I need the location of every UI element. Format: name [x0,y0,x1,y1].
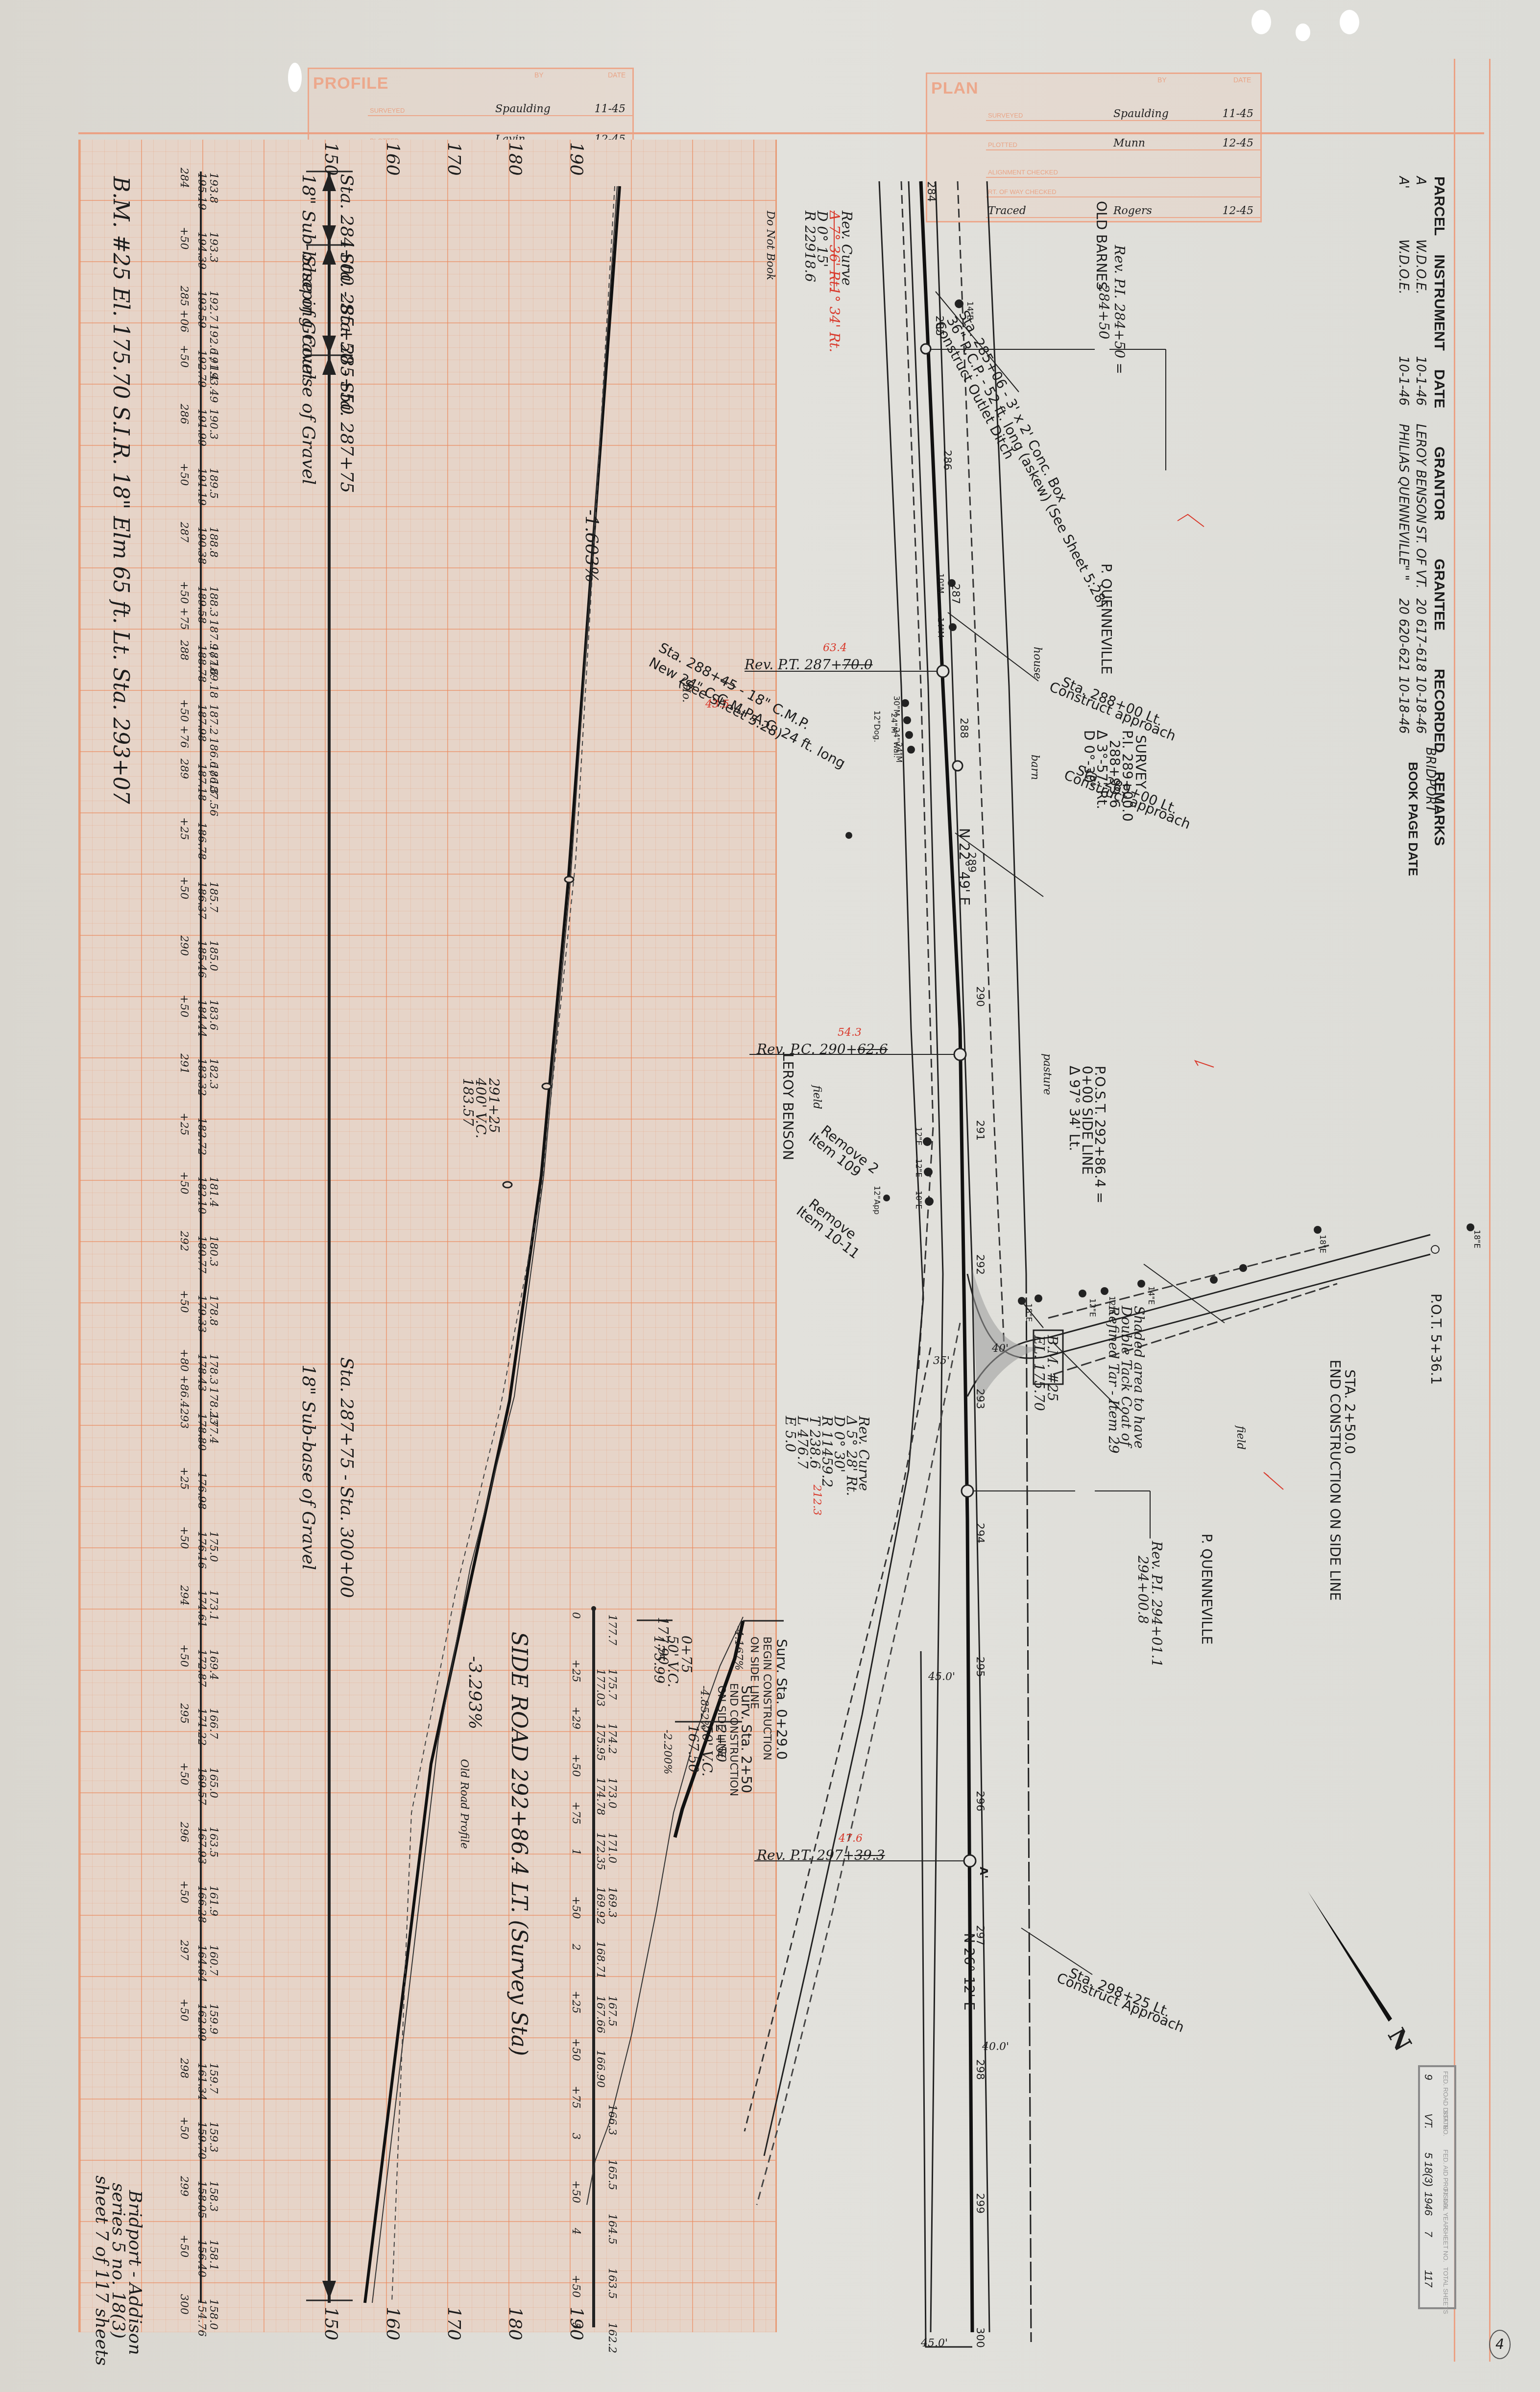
grade-elev: 176.16 [195,1531,208,1569]
tree-label: 14"E [1147,1286,1156,1305]
ground-elev: 183.6 [207,1000,219,1030]
elev-scale-label: 160 [383,2307,403,2341]
side-road-vc2: 167.50 [685,1725,701,1773]
grade-elev: 192.79 [195,350,208,388]
tree-label: 12"E [1088,1298,1097,1317]
parcel-table: PARCEL INSTRUMENT DATE GRANTOR GRANTEE R… [1431,176,1447,846]
ground-elev: 178.3 [207,1354,219,1385]
side-road-grade: -4.852% [698,1685,710,1730]
station-tick: 287 [949,584,962,604]
side-station: +50 [570,2038,582,2061]
tree-label: 18"E [1472,1230,1482,1248]
grade-elev: 172.87 [195,1649,208,1687]
side-road-vc1: 175.99 [651,1635,667,1684]
station-number: +50 [178,345,190,367]
station-number: +50 [178,1999,190,2021]
grade-elev: 166.28 [195,1885,208,1923]
ground-elev: 178.8 [207,1295,219,1326]
grade-elev: 156.40 [195,2240,208,2277]
linework [0,0,1540,2392]
side-ground: 165.5 [606,2159,618,2190]
rev-curve-1-r: R 22918.6 [802,211,818,282]
station-tick: 288 [958,718,970,738]
owner-label: P. QUENNEVILLE [1199,1534,1215,1644]
vc-elev: 183.57 [460,1078,476,1126]
ground-elev: 188.8 [207,527,219,558]
grade-elev: 190.38 [195,527,208,564]
post-note: Δ 97° 34' Lt. [1066,1066,1083,1151]
station-number: 285 +06 [178,286,190,332]
ground-elev: 182.3 [207,1058,219,1089]
side-ground: 173.0 [606,1778,618,1808]
station-number: +50 [178,1762,190,1785]
station-tick: 298 [974,2059,986,2080]
elev-scale-label: 170 [444,2307,464,2341]
station-number: 297 [178,1940,190,1960]
side-road-begin-note: BEGIN CONSTRUCTION [761,1636,773,1760]
ground-elev: 163.5 [207,1827,219,1857]
elev-scale-label: 160 [383,142,403,176]
pot-note: P.O.T. 5+36.1 [1428,1294,1444,1385]
station-tick: 297 [974,1925,986,1946]
side-road-end-note: END CONSTRUCTION [727,1683,740,1796]
station-number: +50 [178,227,190,249]
land-use-label: pasture [1041,1053,1053,1095]
side-road-grade: -4.167% [732,1626,745,1670]
station-number: +50 [178,877,190,899]
station-number: +50 [178,2117,190,2139]
drawing-sheet: PROFILE BY DATE SURVEYEDSpaulding11-45 P… [0,0,1540,2392]
station-tick: 286 [941,450,953,470]
side-station: 0 [570,1612,582,1619]
side-station: 2 [570,1944,582,1951]
parcel-table-header: PARCEL INSTRUMENT DATE GRANTOR GRANTEE R… [1431,176,1447,846]
station-number: +25 [178,817,190,840]
side-ground: 164.5 [606,2214,618,2245]
side-station: +25 [570,1991,582,2013]
gravel-range: Sta. 285+50 - Sta. 287+75 [337,252,357,493]
tree-label: 24"M [894,742,904,763]
ground-elev: 173.1 [207,1590,219,1621]
page-circle-number: 4 [1489,2330,1511,2359]
station-number: 286 [178,404,190,424]
ground-elev: 158.3 [207,2181,219,2212]
grade-elev: 174.61 [195,1590,208,1628]
station-number: +50 +75 [178,581,190,630]
grade-elev: 191.99 [195,409,208,446]
bench-mark-note: B.M. #25 El. 175.70 S.I.R. 18" Elm 65 ft… [108,176,133,804]
side-grade: 167.66 [594,1996,606,2033]
grade-elev: 180.77 [195,1236,208,1273]
station-tick: 292 [974,1254,986,1275]
side-ground: 171.0 [606,1832,618,1863]
tree-label: 18"E [1318,1235,1327,1253]
station-number: +50 [178,1644,190,1667]
station-number: +50 +76 [178,699,190,748]
grade-elev: 182.10 [195,1176,208,1214]
grade-elev: 171.22 [195,1708,208,1746]
tree-label: 12"E [914,1127,923,1146]
ground-elev: 180.3 [207,1236,219,1267]
ground-elev: 188.3 [207,586,219,617]
rev-pc-290: Rev. P.C. 290+62.6 [757,1041,888,1057]
land-use-label: field [811,1085,823,1109]
recorded-town: BRIDPORT [1423,747,1438,813]
rev-pt-297: Rev. P.T. 297+39.3 [757,1847,885,1863]
side-station: +50 [570,2180,582,2203]
tree-label: 12"E [914,1159,923,1177]
stamp-header: SHEET NO. [1442,2228,1449,2262]
tree-label: 14"M [936,617,945,638]
tree-label: 10"M [936,573,945,594]
grade-elev: 188.78 [195,645,208,683]
side-grade: 168.71 [594,1941,606,1979]
side-ground: 166.3 [606,2104,618,2135]
ground-elev: 165.0 [207,1767,219,1798]
station-number: +50 [178,995,190,1017]
side-ground: 177.7 [606,1614,618,1645]
side-grade: 169.92 [594,1887,606,1925]
parcel-table-row: A W.D.O.E. 10-1-46 LEROY BENSON ST. OF V… [1413,176,1428,734]
grade-elev: 159.70 [195,2122,208,2159]
station-tick: 290 [974,986,986,1007]
grade-elev: 184.44 [195,1000,208,1037]
side-road-title: SIDE ROAD 292+86.4 LT. (Survey Sta) [506,1632,531,2056]
ground-elev: 160.7 [207,1945,219,1976]
ground-elev: 159.7 [207,2063,219,2094]
grade-elev: 185.46 [195,940,208,978]
station-number: +50 [178,1290,190,1313]
rev-pc-290-new: 54.3 [838,1026,862,1039]
grade-elev: 189.58 [195,586,208,624]
station-number: +50 [178,1172,190,1194]
grade-elev: 164.64 [195,1945,208,1982]
ground-elev: 181.4 [207,1176,219,1207]
grade-elev: 182.72 [195,1118,208,1155]
cmp-new: 43.5 [705,698,729,710]
ground-elev: 169.4 [207,1649,219,1680]
ground-elev: 158.0 [207,2299,219,2330]
rev-pi-284: 284+50 [1096,284,1112,340]
station-number: +50 [178,463,190,486]
ground-elev: 159.9 [207,2003,219,2034]
ground-elev: 158.1 [207,2240,219,2270]
station-number: 300 [178,2294,190,2315]
side-station: 3 [570,2133,582,2140]
ground-elev: 192.7 [207,291,219,321]
dimension-label: 40.0' [982,2041,1009,2053]
grade-elev: 195.19 [195,172,208,210]
rev-curve-2-t-new: 212.3 [811,1485,823,1515]
grade-elev: 158.05 [195,2181,208,2219]
station-number: +50 [178,1880,190,1903]
rev-pt-287: Rev. P.T. 287+70.0 [745,657,873,673]
grade-elev: 193.59 [195,291,208,328]
ground-elev: 185.7 [207,881,219,912]
stamp-header: TOTAL SHEETS [1442,2267,1449,2314]
station-number: 294 [178,1585,190,1606]
owner-label: OLD BARNES [1093,201,1109,290]
elev-scale-label: 150 [321,142,341,176]
side-station: +25 [570,1660,582,1682]
side-station: +29 [570,1707,582,1729]
side-ground: 167.5 [606,1996,618,2026]
recorded-sub: BOOK PAGE DATE [1405,762,1420,876]
stamp-value: 117 [1422,2270,1435,2287]
grade-elev: 167.93 [195,1827,208,1864]
side-road-begin-note: Surv. Sta. 0+29.0 [773,1639,790,1760]
grade-elev: 154.76 [195,2299,208,2337]
station-tick: 284 [925,181,937,202]
owner-label: LEROY BENSON [780,1053,796,1160]
stamp-value: VT. [1422,2113,1435,2129]
grade-elev: 179.33 [195,1295,208,1333]
station-tick: 294 [974,1523,986,1543]
station-tick: 293 [974,1389,986,1409]
tree-label: 12"App [872,1186,882,1215]
station-tick: 299 [974,2193,986,2214]
side-grade: 172.35 [594,1832,606,1870]
grade-label: -3.293% [465,1656,485,1729]
ground-elev: 189.5 [207,468,219,499]
stamp-header: STATE [1442,2110,1449,2130]
grade-elev: 183.32 [195,1058,208,1096]
elev-scale-label: 190 [566,142,586,176]
parcel-mark: A' [977,1867,989,1879]
grade-elev: 162.99 [195,2003,208,2041]
grade-elev: 161.34 [195,2063,208,2100]
side-road-begin-note: ON SIDE LINE [748,1636,760,1709]
rev-curve-2: E 5.0 [782,1416,798,1452]
station-tick: 295 [974,1657,986,1677]
station-number: 298 [178,2058,190,2078]
station-number: +25 [178,1113,190,1135]
dimension-label: 40' [992,1342,1009,1355]
side-road-grade: -2.200% [661,1730,674,1774]
gravel-desc: Shaping Course of Gravel [298,255,318,485]
end-side-line: END CONSTRUCTION ON SIDE LINE [1327,1360,1343,1601]
ground-elev: 159.3 [207,2122,219,2152]
side-ground: 163.5 [606,2268,618,2299]
rev-pi-284: Rev. P.I. 284+50 = [1111,245,1128,374]
ground-elev: 186.3 [207,763,219,794]
grade-elev: 187.18 [195,763,208,801]
side-station: +75 [570,2086,582,2108]
old-road-note: Old Road Profile [458,1759,470,1849]
bm-box-text: EL. 175.70 [1031,1335,1047,1411]
dimension-label: 45.0' [928,1671,955,1683]
stamp-header: FISCAL YEAR [1442,2189,1449,2230]
station-number: +50 [178,2235,190,2257]
tree-label: 10"E [914,1191,923,1209]
stamp-value: 1946 [1422,2192,1435,2216]
side-road-end-note: ON SIDE LINE [715,1685,727,1758]
side-ground: 175.7 [606,1669,618,1700]
grade-elev: 176.98 [195,1472,208,1510]
side-ground: 162.2 [606,2322,618,2353]
side-ground: 169.3 [606,1887,618,1918]
end-side-line: STA. 2+50.0 [1342,1369,1358,1454]
station-number: 290 [178,935,190,956]
grade-elev: 187.98 [195,704,208,742]
ground-elev: 161.9 [207,1885,219,1916]
side-grade: 166.90 [594,2050,606,2088]
side-grade: 174.78 [594,1778,606,1815]
side-station: +75 [570,1802,582,1824]
stamp-value: 5 18(3) [1422,2152,1435,2187]
station-number: 293 [178,1408,190,1429]
side-station: +50 [570,1754,582,1777]
grade-elev: 186.37 [195,881,208,919]
station-number: +25 [178,1467,190,1489]
station-number: 292 [178,1231,190,1251]
grade-elev: 178.43 [195,1354,208,1391]
station-number: 289 [178,758,190,779]
land-use-label: field [1234,1426,1247,1450]
side-grade: 175.95 [594,1723,606,1761]
grade-elev: 178.80 [195,1413,208,1451]
parcel-table-row: A' W.D.O.E. 10-1-46 PHILIAS QUENNEVILLE … [1396,176,1411,734]
side-station: 1 [570,1849,582,1855]
grade-elev: 194.39 [195,232,208,269]
rev-pt-287-new: 63.4 [823,642,847,654]
land-use-label: barn [1029,755,1041,780]
dimension-label: 35' [933,1355,950,1367]
ground-elev: 175.0 [207,1531,219,1562]
project-stamp: FED. ROAD DIST. NO.9STATEVT.FED. AID PRO… [1418,2065,1456,2309]
station-tick: 291 [974,1120,986,1141]
grade-elev: 191.19 [195,468,208,506]
stamp-value: 9 [1422,2074,1435,2080]
station-number: +80 +86.4 [178,1349,190,1408]
grade-label: -1.603% [581,510,602,583]
rev-pt-297-new: 47.6 [839,1832,863,1845]
side-station: +50 [570,2275,582,2297]
station-number: 287 [178,522,190,542]
tree-label: 12"E [1107,1296,1117,1315]
side-station: +50 [570,1896,582,1919]
station-number: 291 [178,1053,190,1074]
ground-elev: 191.4 [207,350,219,381]
station-number: 296 [178,1822,190,1842]
side-station: 4 [570,2228,582,2235]
gravel-desc: 18" Sub-base of Gravel [298,1365,318,1570]
gravel-range: Sta. 287+75 - Sta. 300+00 [337,1357,357,1598]
rev-curve-1-note: Do Not Book [764,211,776,280]
ground-elev: 190.3 [207,409,219,439]
station-number: +50 [178,1526,190,1549]
ground-elev: 193.8 [207,172,219,203]
tree-label: 12"Dog. [872,710,882,742]
shaded-note: Refined Tar - Item 29 [1106,1306,1122,1454]
station-tick: 289 [965,852,978,873]
side-station: 5 [570,2322,582,2329]
tree-label: 14"E [965,301,975,320]
grade-elev: 169.57 [195,1767,208,1805]
elev-scale-label: 180 [505,2307,525,2341]
tree-label: 18"E [1024,1303,1034,1322]
owner-label: P. QUENNEVILLE [1098,563,1114,674]
dimension-label: 45.0' [921,2337,948,2349]
ground-elev: 193.3 [207,232,219,263]
station-number: 284 [178,168,190,188]
sheet-label-sheet: sheet 7 of 117 sheets [92,2175,112,2366]
ground-elev: 187.2 [207,704,219,735]
rev-pi-294: 294+00.8 [1135,1556,1151,1624]
stamp-value: 7 [1422,2231,1435,2237]
rev-curve-1-delta-new: 1° 34' Rt. [826,287,842,352]
station-tick: 296 [974,1791,986,1811]
station-tick: 285 [933,316,945,336]
ground-elev: 187.6 [207,645,219,676]
station-number: 288 [178,640,190,660]
side-grade: 177.03 [594,1669,606,1707]
station-number: 299 [178,2176,190,2197]
elev-scale-label: 180 [505,142,525,176]
station-number: 295 [178,1703,190,1724]
side-ground: 174.2 [606,1723,618,1754]
elev-scale-label: 150 [321,2307,341,2341]
ground-elev: 166.7 [207,1708,219,1739]
land-use-label: house [1031,647,1043,679]
grade-elev: 186.78 [195,822,208,860]
ground-elev: 177.4 [207,1413,219,1444]
ground-elev: 185.0 [207,940,219,971]
station-tick: 300 [974,2327,986,2348]
elev-scale-label: 170 [444,142,464,176]
